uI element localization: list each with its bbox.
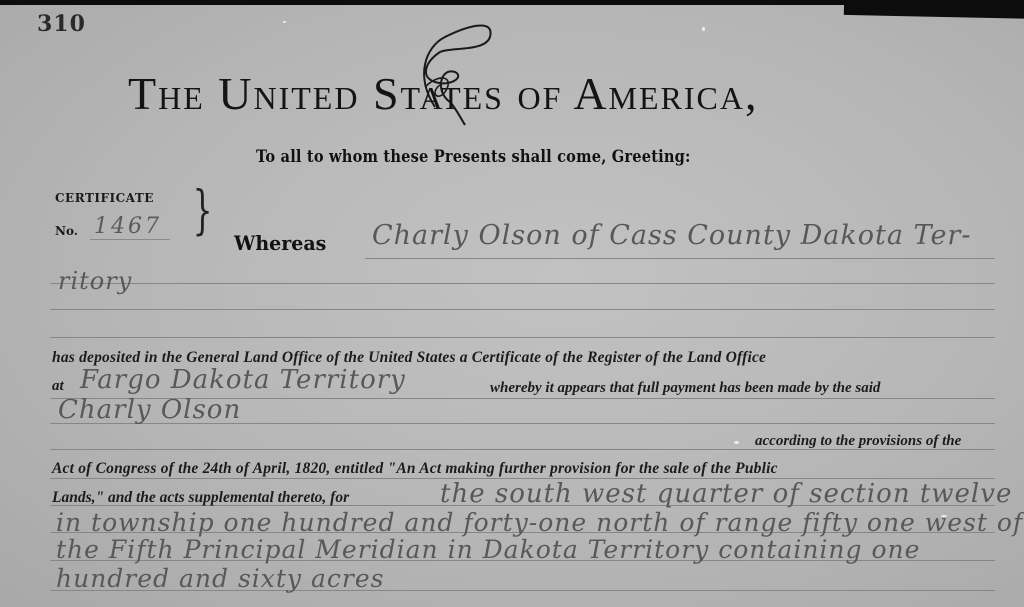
printed-at-text: at [52, 378, 64, 395]
scan-speck [941, 515, 947, 517]
land-description-line-2: in township one hundred and forty-one no… [56, 508, 1023, 537]
ruled-line [365, 258, 995, 259]
printed-act-text: Act of Congress of the 24th of April, 18… [52, 460, 778, 478]
document-title: The United States of America, [128, 67, 938, 120]
certificate-number-value: 1467 [90, 215, 170, 240]
land-description-line-4: hundred and sixty acres [56, 564, 384, 593]
ruled-line [50, 283, 995, 284]
land-description-line-1: the south west quarter of section twelve [440, 479, 1012, 509]
certificate-label: CERTIFICATE [55, 191, 154, 205]
land-patent-document: 310 The United States of America, To all… [0, 0, 1024, 607]
scan-speck [702, 27, 705, 31]
greeting-line: To all to whom these Presents shall come… [256, 147, 691, 167]
ruled-line [50, 337, 995, 338]
scan-speck [283, 21, 286, 23]
land-description-line-3: the Fifth Principal Meridian in Dakota T… [56, 535, 920, 564]
payer-name: Charly Olson [58, 395, 241, 425]
ruled-line [50, 309, 995, 310]
bracket-icon: } [193, 185, 213, 237]
page-number: 310 [37, 11, 86, 37]
scan-speck [734, 441, 739, 444]
grantee-name-line-1: Charly Olson of Cass County Dakota Ter- [372, 220, 971, 251]
land-office-location: Fargo Dakota Territory [80, 365, 406, 395]
printed-according-text: according to the provisions of the [755, 433, 961, 450]
grantee-name-line-2: ritory [58, 267, 132, 295]
printed-whereby-text: whereby it appears that full payment has… [490, 380, 880, 397]
printed-lands-text: Lands," and the acts supplemental theret… [52, 489, 349, 507]
certificate-number-label: No. [55, 224, 78, 238]
whereas-label: Whereas [234, 231, 326, 255]
